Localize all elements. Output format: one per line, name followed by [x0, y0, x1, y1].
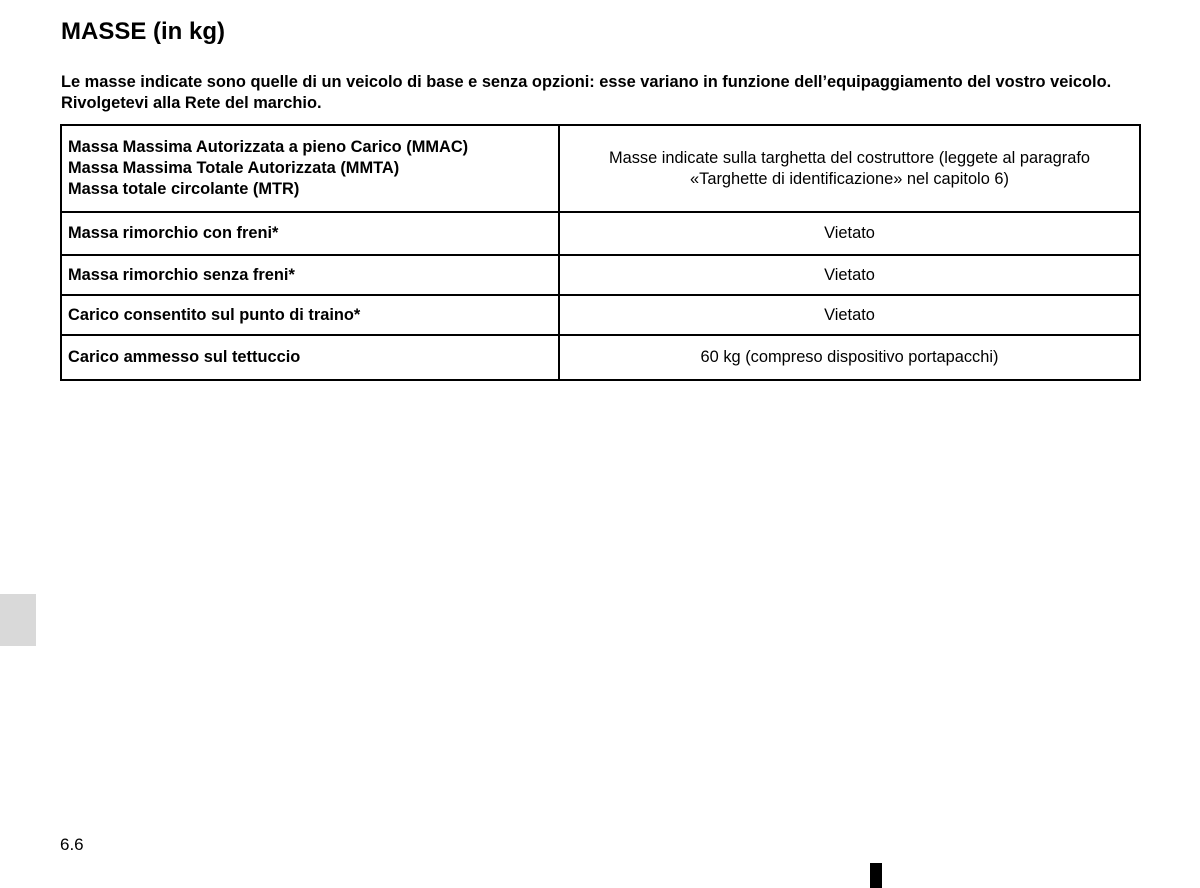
- chapter-tab-marker: [0, 594, 36, 646]
- row-label: Massa rimorchio senza freni*: [61, 255, 559, 295]
- row-value: Vietato: [559, 212, 1140, 255]
- row-label-line: Massa Massima Autorizzata a pieno Carico…: [68, 137, 552, 158]
- table-row: Carico ammesso sul tettuccio 60 kg (comp…: [61, 335, 1140, 380]
- table-row: Massa rimorchio senza freni* Vietato: [61, 255, 1140, 295]
- row-label-line: Massa rimorchio con freni*: [68, 223, 552, 244]
- page-number: 6.6: [60, 835, 84, 855]
- row-label-line: Massa Massima Totale Autorizzata (MMTA): [68, 158, 552, 179]
- row-value: Masse indicate sulla targhetta del costr…: [559, 125, 1140, 212]
- row-label-line: Massa totale circolante (MTR): [68, 179, 552, 200]
- row-value: 60 kg (compreso dispositivo portapacchi): [559, 335, 1140, 380]
- row-value: Vietato: [559, 295, 1140, 335]
- row-label-line: Massa rimorchio senza freni*: [68, 265, 552, 286]
- row-value: Vietato: [559, 255, 1140, 295]
- table-row: Massa Massima Autorizzata a pieno Carico…: [61, 125, 1140, 212]
- masses-table: Massa Massima Autorizzata a pieno Carico…: [60, 124, 1141, 381]
- row-label-line: Carico ammesso sul tettuccio: [68, 347, 552, 368]
- table-row: Massa rimorchio con freni* Vietato: [61, 212, 1140, 255]
- row-value-text: Masse indicate sulla targhetta del costr…: [600, 148, 1100, 190]
- row-label: Massa Massima Autorizzata a pieno Carico…: [61, 125, 559, 212]
- row-label: Massa rimorchio con freni*: [61, 212, 559, 255]
- intro-paragraph: Le masse indicate sono quelle di un veic…: [61, 72, 1151, 114]
- page-edge-mark: [870, 863, 882, 888]
- row-label: Carico consentito sul punto di traino*: [61, 295, 559, 335]
- row-label: Carico ammesso sul tettuccio: [61, 335, 559, 380]
- row-label-line: Carico consentito sul punto di traino*: [68, 305, 552, 326]
- page-title: MASSE (in kg): [61, 18, 225, 46]
- table-row: Carico consentito sul punto di traino* V…: [61, 295, 1140, 335]
